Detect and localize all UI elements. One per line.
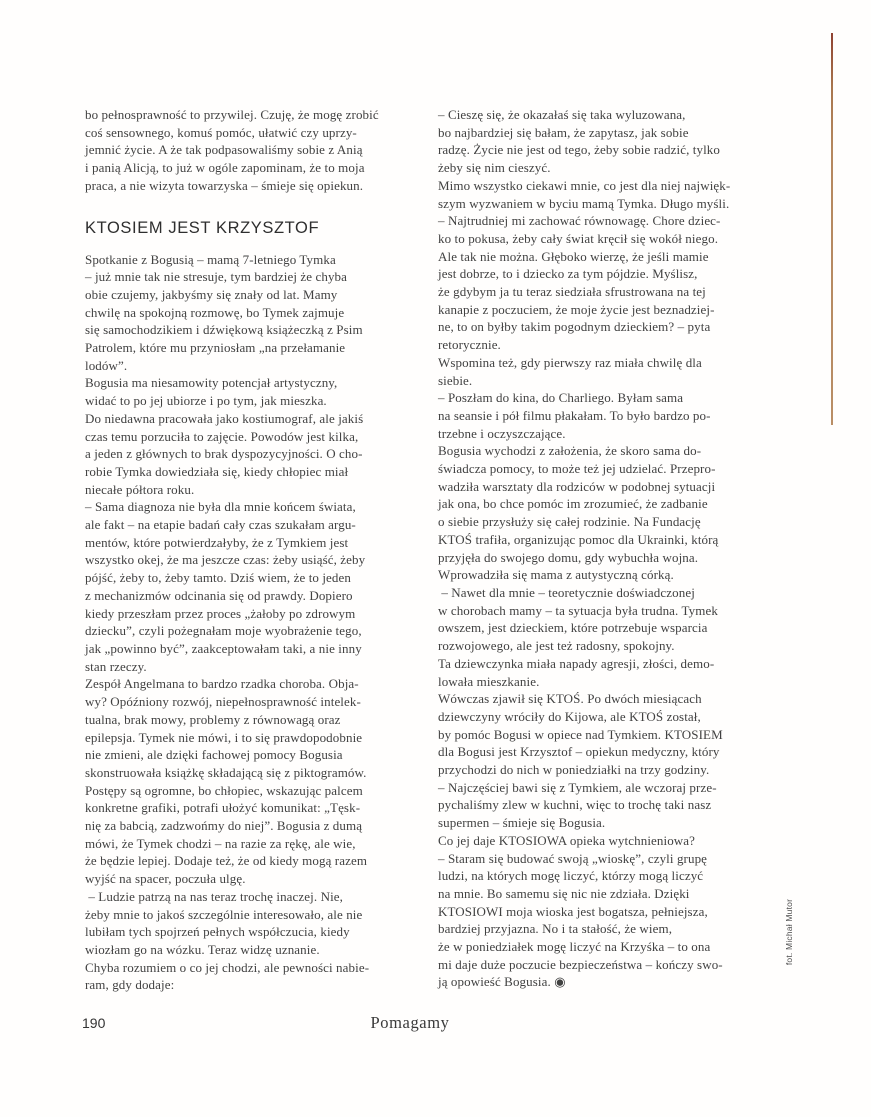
left-column-body-paragraph: Spotkanie z Bogusią – mamą 7-letniego Ty… (85, 251, 412, 995)
right-column: – Cieszę się, że okazałaś się taka wyluz… (438, 106, 770, 991)
page-number: 190 (82, 1015, 105, 1031)
right-column-body-paragraph: – Cieszę się, że okazałaś się taka wyluz… (438, 106, 770, 991)
left-column: bo pełnosprawność to przywilej. Czuję, ż… (85, 106, 412, 994)
left-column-intro-paragraph: bo pełnosprawność to przywilej. Czuję, ż… (85, 106, 412, 195)
footer-title: Pomagamy (360, 1013, 460, 1033)
magazine-page: bo pełnosprawność to przywilej. Czuję, ż… (0, 0, 871, 1117)
section-heading: KTOSIEM JEST KRZYSZTOF (85, 219, 412, 238)
accent-rule (831, 33, 833, 425)
photo-credit: fot. Michał Mutor (784, 888, 796, 976)
